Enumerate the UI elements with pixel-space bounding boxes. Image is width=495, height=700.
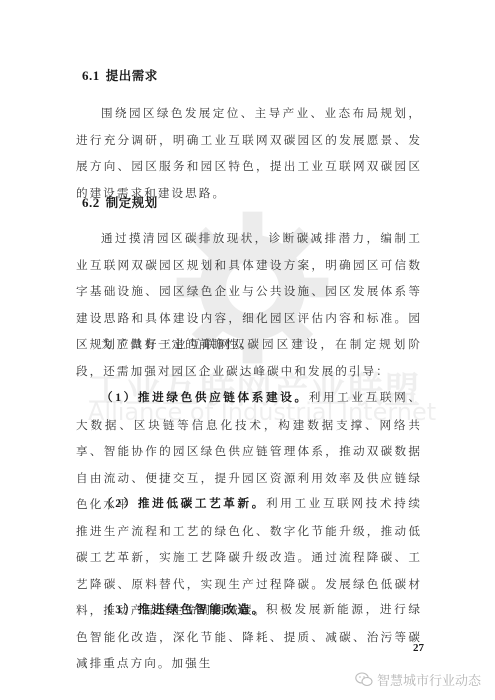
section-title: 提出需求 [106,68,158,83]
section-title: 制定规划 [106,195,158,210]
page-number: 27 [400,642,424,654]
paragraph: 围绕园区绿色发展定位、主导产业、业态布局规划，进行充分调研，明确工业互联网双碳园… [76,100,422,206]
section-number: 6.1 [82,68,100,83]
source-attribution: 智慧城市行业动态 [355,670,481,689]
source-label: 智慧城市行业动态 [377,670,481,689]
item-index: （1） [101,391,138,404]
item-title: 推进低碳工艺革新。 [138,496,266,510]
item-title: 推进绿色智能改造。 [138,602,266,616]
section-heading-6-2: 6.2制定规划 [82,193,158,211]
section-heading-6-1: 6.1提出需求 [82,66,158,84]
item-index: （2） [101,497,138,510]
wechat-icon [355,672,373,687]
item-title: 推进绿色供应链体系建设。 [138,390,309,404]
item-index: （3） [101,603,138,616]
section-number: 6.2 [82,195,100,210]
list-item: （3）推进绿色智能改造。积极发展新能源，进行绿色智能化改造，深化节能、降耗、提质… [76,596,422,677]
paragraph: 为了做好工业互联网双碳园区建设，在制定规划阶段，还需加强对园区企业碳达峰碳中和发… [76,331,422,384]
document-page: 工业互联网产业联盟 Alliance of Industrial Interne… [0,0,495,700]
